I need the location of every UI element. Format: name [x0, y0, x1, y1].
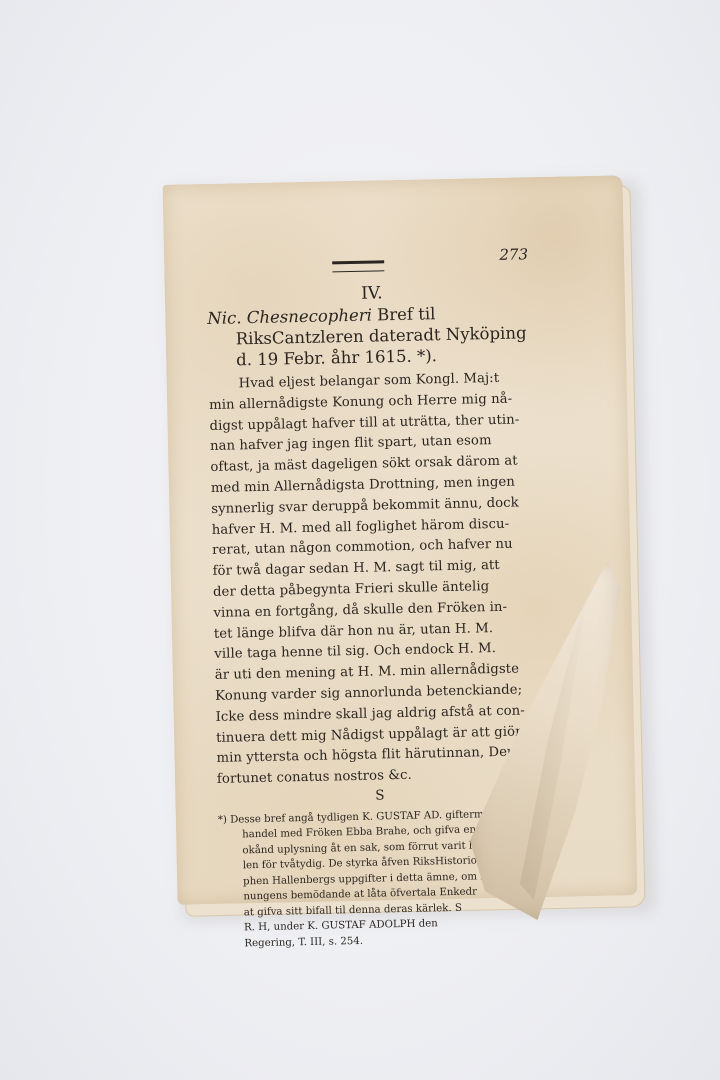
signature-mark: S: [375, 787, 385, 803]
heading-author: Nic. Chesnecopheri: [207, 306, 372, 328]
letter-heading: Nic. Chesnecopheri Bref til RiksCantzler…: [207, 301, 538, 371]
page-number: 273: [499, 245, 528, 264]
header-rule: [332, 260, 384, 272]
body-text: Hvad eljest belangar som Kongl. Maj:t mi…: [209, 368, 548, 791]
